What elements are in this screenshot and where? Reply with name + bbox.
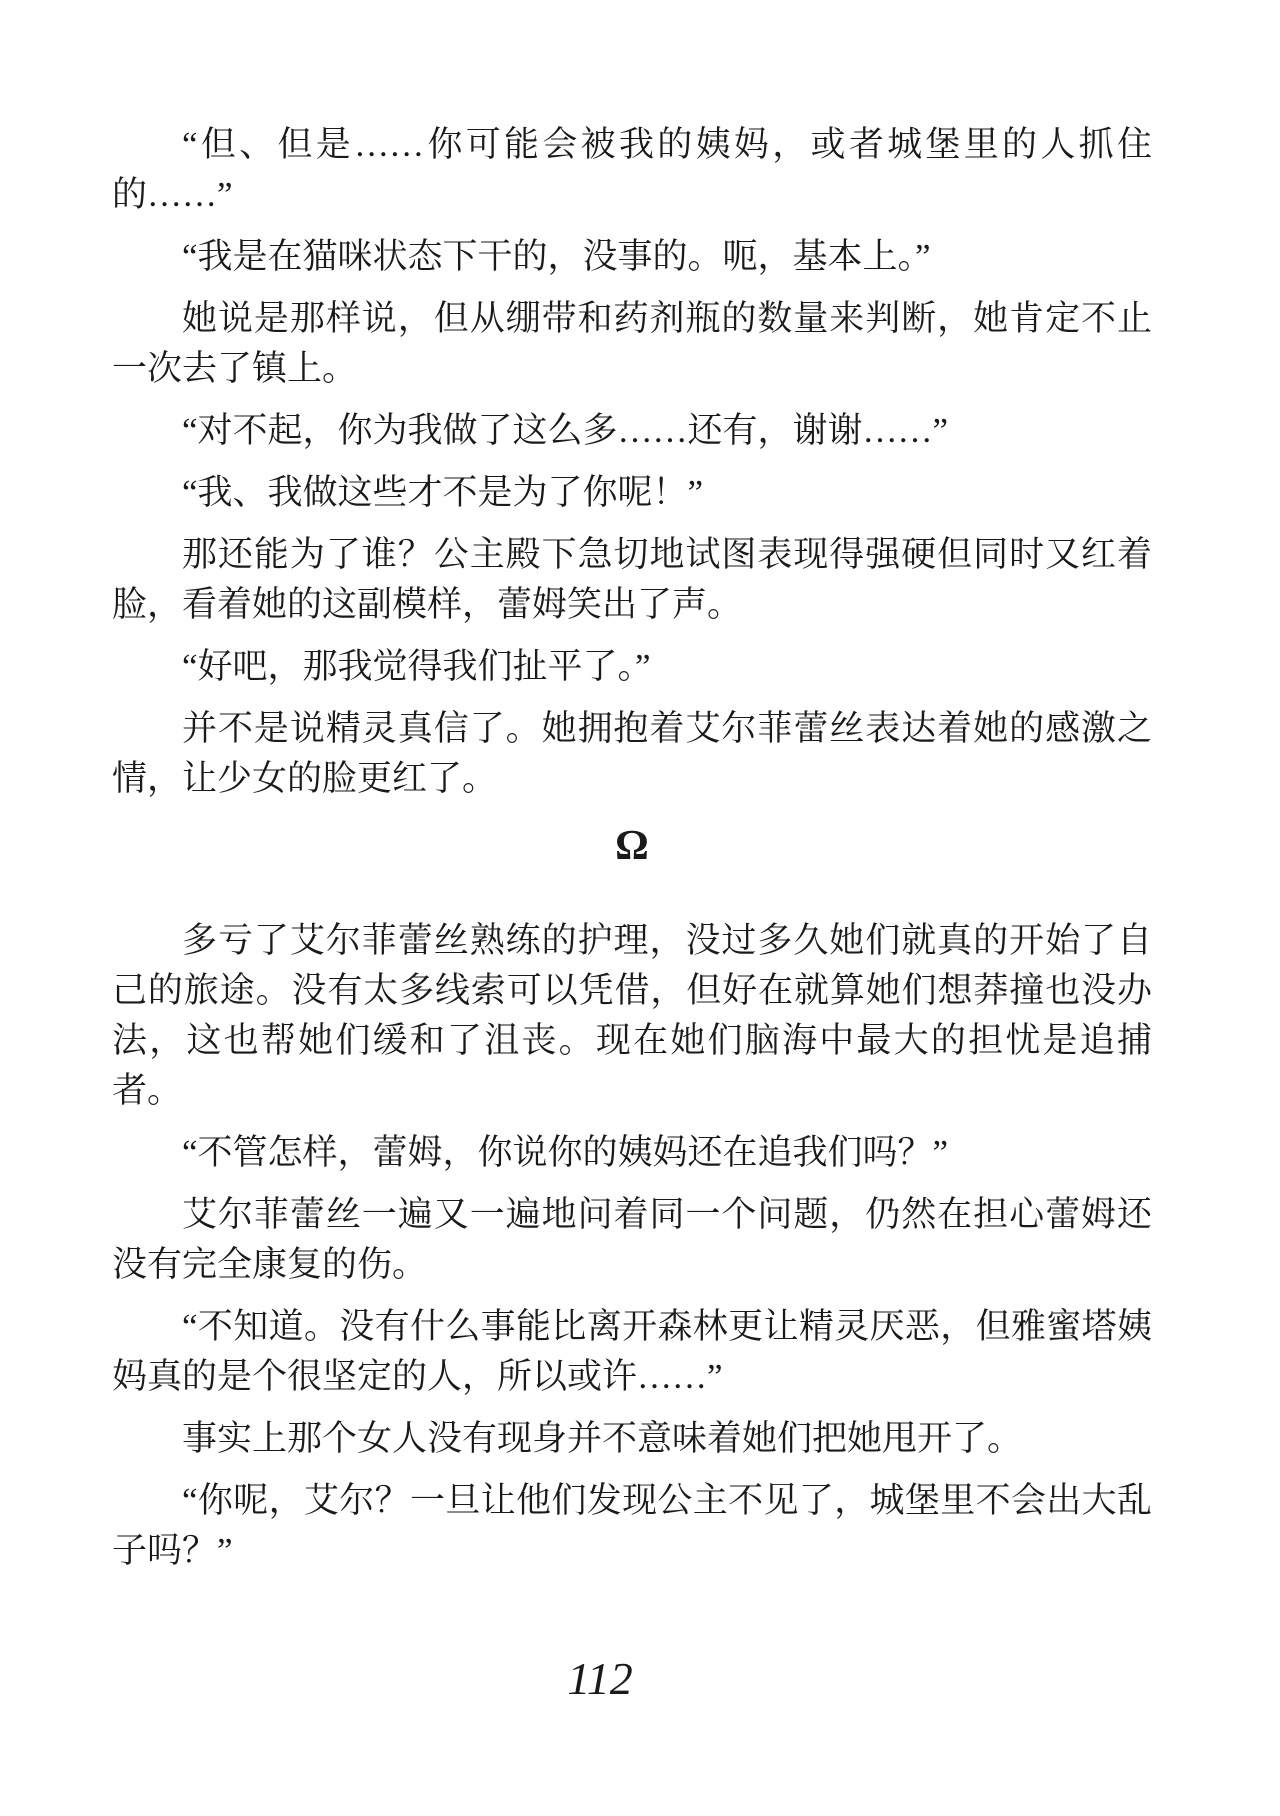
dialogue-paragraph-5: “我、我做这些才不是为了你呢！” — [112, 468, 1152, 518]
narration-paragraph-14: 事实上那个女人没有现身并不意味着她们把她甩开了。 — [112, 1414, 1152, 1464]
narration-paragraph-3: 她说是那样说，但从绷带和药剂瓶的数量来判断，她肯定不止一次去了镇上。 — [112, 294, 1152, 394]
dialogue-paragraph-4: “对不起，你为我做了这么多……还有，谢谢……” — [112, 406, 1152, 456]
narration-paragraph-6: 那还能为了谁？公主殿下急切地试图表现得强硬但同时又红着脸，看着她的这副模样，蕾姆… — [112, 530, 1152, 630]
text-block: “但、但是……你可能会被我的姨妈，或者城堡里的人抓住的……”“我是在猫咪状态下干… — [112, 0, 1152, 1706]
book-page: “但、但是……你可能会被我的姨妈，或者城堡里的人抓住的……”“我是在猫咪状态下干… — [0, 0, 1280, 1816]
dialogue-paragraph-2: “我是在猫咪状态下干的，没事的。呃，基本上。” — [112, 232, 1152, 282]
dialogue-paragraph-7: “好吧，那我觉得我们扯平了。” — [112, 642, 1152, 692]
narration-paragraph-12: 艾尔菲蕾丝一遍又一遍地问着同一个问题，仍然在担心蕾姆还没有完全康复的伤。 — [112, 1190, 1152, 1290]
dialogue-paragraph-15: “你呢，艾尔？一旦让他们发现公主不见了，城堡里不会出大乱子吗？” — [112, 1476, 1152, 1576]
dialogue-paragraph-13: “不知道。没有什么事能比离开森林更让精灵厌恶，但雅蜜塔姨妈真的是个很坚定的人，所… — [112, 1302, 1152, 1402]
page-number: 112 — [80, 1652, 1120, 1706]
dialogue-paragraph-1: “但、但是……你可能会被我的姨妈，或者城堡里的人抓住的……” — [112, 120, 1152, 220]
dialogue-paragraph-11: “不管怎样，蕾姆，你说你的姨妈还在追我们吗？” — [112, 1128, 1152, 1178]
narration-paragraph-8: 并不是说精灵真信了。她拥抱着艾尔菲蕾丝表达着她的感激之情，让少女的脸更红了。 — [112, 704, 1152, 804]
narration-paragraph-10: 多亏了艾尔菲蕾丝熟练的护理，没过多久她们就真的开始了自己的旅途。没有太多线索可以… — [112, 916, 1152, 1116]
section-divider-omega: Ω — [112, 816, 1152, 876]
